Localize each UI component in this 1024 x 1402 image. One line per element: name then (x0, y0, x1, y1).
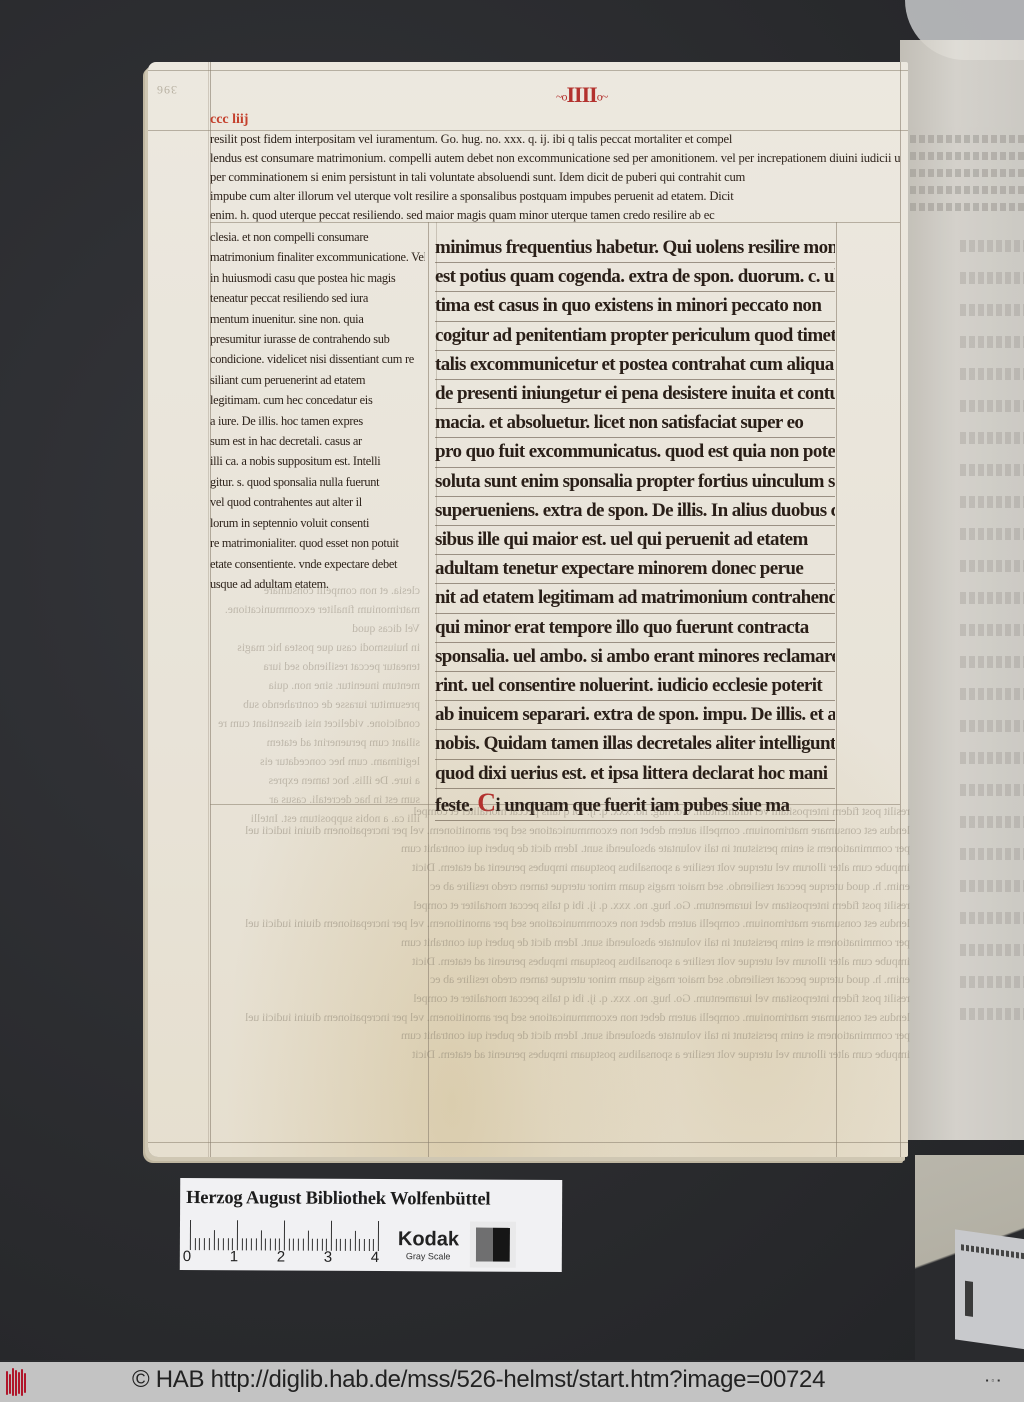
facing-text-line (910, 203, 1024, 211)
flourish-right: o~ (597, 89, 608, 103)
main-text-column: minimus frequentius habetur. Qui uolens … (435, 234, 835, 821)
facing-text-line (960, 240, 1024, 252)
running-head: ~oIIIIo~ (556, 82, 607, 108)
text-line: sum est in hac decretali. casus ar (210, 431, 425, 451)
text-line: in huiusmodi casu que postea hic magis (210, 268, 425, 288)
ruler-tick (354, 1231, 355, 1251)
text-line: teneatur peccat resiliendo sed iura (210, 288, 425, 308)
ruler-numbers: 0 1 2 3 4 (183, 1248, 393, 1267)
text-line: legitimam. cum hec concedatur eis (210, 390, 425, 410)
show-through-line: clesia. et non compelli consumare (210, 582, 420, 601)
show-through-line: per comminationem si enim persistunt in … (210, 933, 910, 952)
footer-bar: © HAB http://diglib.hab.de/mss/526-helms… (0, 1362, 1024, 1402)
manuscript-leaf: 396 ~oIIIIo~ ccc liij resilit post fidem… (148, 62, 908, 1157)
show-through-line: lendus est consumare matrimonium. compel… (210, 1008, 910, 1027)
text-line: qui minor erat tempore illo quo fuerunt … (435, 614, 835, 643)
text-line: a iure. De illis. hoc tamen expres (210, 411, 425, 431)
text-line: quod dixi uerius est. et ipsa littera de… (435, 760, 835, 789)
text-line: de presenti iniungetur ei pena desistere… (435, 380, 835, 409)
ruler-number: 1 (230, 1248, 238, 1265)
facing-text-line (960, 432, 1024, 444)
gray-scale-patch (476, 1228, 510, 1262)
facing-text-line (960, 368, 1024, 380)
show-through-line: enim. h. quod uterque peccat resiliendo.… (210, 970, 910, 989)
facing-text-line (960, 592, 1024, 604)
ruling-line (148, 70, 908, 71)
show-through-line: resilit post fidem interpositam vel iura… (210, 802, 910, 821)
show-through-text-left: clesia. et non compelli consumarematrimo… (210, 582, 420, 829)
institution-name: Herzog August Bibliothek Wolfenbüttel (186, 1188, 490, 1211)
facing-text-line (960, 304, 1024, 316)
facing-text-line (960, 400, 1024, 412)
ruling-line (208, 62, 209, 1157)
show-through-line: a iure. De illis. hoc tamen expres (210, 772, 420, 791)
color-target-card: Herzog August Bibliothek Wolfenbüttel 0 … (180, 1178, 562, 1272)
rubric-number: ccc liij (210, 112, 248, 128)
show-through-line: in huiusmodi casu que postea hic magis (210, 639, 420, 658)
text-line: pro quo fuit excommunicatus. quod est qu… (435, 438, 835, 467)
gloss-left-column: clesia. et non compelli consumarematrimo… (210, 227, 425, 594)
text-line: matrimonium finaliter excommunicatione. … (210, 247, 425, 267)
facing-text-line (910, 152, 1024, 160)
text-line: mentum inuenitur. sine non. quia (210, 309, 425, 329)
show-through-line: lendus est consumare matrimonium. compel… (210, 821, 910, 840)
show-through-line: per comminationem si enim persistunt in … (210, 1026, 910, 1045)
facing-text-line (960, 336, 1024, 348)
text-line: minimus frequentius habetur. Qui uolens … (435, 234, 835, 263)
text-line: siliant cum peruenerint ad etatem (210, 370, 425, 390)
facing-text-line (960, 784, 1024, 796)
show-through-line: resilit post fidem interpositam vel iura… (210, 989, 910, 1008)
facing-page (900, 40, 1024, 1140)
facing-text-line (960, 464, 1024, 476)
ruler-tick (284, 1221, 285, 1251)
ruler-tick (331, 1221, 332, 1251)
facing-text-line (960, 1008, 1024, 1020)
facing-text-line (960, 752, 1024, 764)
text-line: est potius quam cogenda. extra de spon. … (435, 263, 835, 292)
show-through-line: teneatur peccat resiliendo sed iura (210, 658, 420, 677)
ruler-tick (307, 1231, 308, 1251)
ruler-number: 4 (371, 1249, 379, 1266)
ruler-tick (213, 1230, 214, 1250)
facing-text-line (960, 976, 1024, 988)
show-through-text: resilit post fidem interpositam vel iura… (210, 802, 910, 1064)
kodak-logo: Kodak (398, 1228, 459, 1251)
show-through-line: impube cum alter illorum vel uterque vol… (210, 1045, 910, 1064)
show-through-line: per comminationem si enim persistunt in … (210, 839, 910, 858)
ruler-tick (378, 1221, 379, 1251)
viewer-options-icon[interactable]: ▪▫▪ (985, 1377, 1002, 1386)
text-line: condicione. videlicet nisi dissentiant c… (210, 349, 425, 369)
ruler-tick (237, 1220, 238, 1250)
show-through-line: mentum inuenitur. sine non. quia (210, 677, 420, 696)
facing-text-line (960, 528, 1024, 540)
facing-text-line (960, 656, 1024, 668)
secondary-label-card (955, 1229, 1024, 1350)
text-line: rint. uel consentire noluerint. iudicio … (435, 672, 835, 701)
text-line: superueniens. extra de spon. De illis. I… (435, 497, 835, 526)
ruling-line (148, 1142, 908, 1143)
text-line: nobis. Quidam tamen illas decretales ali… (435, 730, 835, 759)
copyright-url[interactable]: © HAB http://diglib.hab.de/mss/526-helms… (132, 1366, 825, 1394)
ruler-number: 3 (324, 1249, 332, 1266)
text-line: talis excommunicetur et postea contrahat… (435, 351, 835, 380)
facing-text-line (960, 720, 1024, 732)
show-through-line: matrimonium finaliter excommunicatione. … (210, 601, 420, 639)
text-line: nit ad etatem legitimam ad matrimonium c… (435, 584, 835, 613)
show-through-line: presumitur iurasse de contrahendo sub (210, 696, 420, 715)
text-line: lendus est consumare matrimonium. compel… (210, 149, 900, 168)
text-line: macia. et absoluetur. licet non satisfac… (435, 409, 835, 438)
text-line: vel quod contrahentes aut alter il (210, 492, 425, 512)
text-line: per comminationem si enim persistunt in … (210, 168, 900, 187)
text-line: illi ca. a nobis suppositum est. Intelli (210, 451, 425, 471)
text-line: sponsalia. uel ambo. si ambo erant minor… (435, 643, 835, 672)
hab-logo-icon[interactable] (6, 1368, 24, 1396)
pencil-folio-number: 396 (156, 82, 177, 97)
facing-text-line (960, 688, 1024, 700)
facing-text-line (910, 169, 1024, 177)
facing-text-line (960, 944, 1024, 956)
text-line: resilit post fidem interpositam vel iura… (210, 130, 900, 149)
text-line: etate consentiente. vnde expectare debet (210, 554, 425, 574)
show-through-line: siliant cum peruenerint ad etatem (210, 734, 420, 753)
show-through-line: enim. h. quod uterque peccat resiliendo.… (210, 877, 910, 896)
ruler-tick (190, 1220, 191, 1250)
image-viewer: 396 ~oIIIIo~ ccc liij resilit post fidem… (0, 0, 1024, 1360)
facing-text-line (960, 560, 1024, 572)
ruler-scale (190, 1220, 380, 1251)
show-through-line: lendus est consumare matrimonium. compel… (210, 914, 910, 933)
text-line: lorum in septennio voluit consenti (210, 513, 425, 533)
show-through-line: impube cum alter illorum vel uterque vol… (210, 858, 910, 877)
text-line: clesia. et non compelli consumare (210, 227, 425, 247)
text-line: adultam tenetur expectare minorem donec … (435, 555, 835, 584)
text-line: re matrimonialiter. quod esset non potui… (210, 533, 425, 553)
text-line: soluta sunt enim sponsalia propter forti… (435, 468, 835, 497)
show-through-line: condicione. videlicet nisi dissentiant c… (210, 715, 420, 734)
facing-text-line (960, 272, 1024, 284)
text-line: ab inuicem separari. extra de spon. impu… (435, 701, 835, 730)
show-through-line: legitimam. cum hec concedatur eis (210, 753, 420, 772)
text-line: sibus ille qui maior est. uel qui peruen… (435, 526, 835, 555)
flourish-left: ~o (556, 89, 567, 103)
facing-text-line (960, 880, 1024, 892)
text-line: impube cum alter illorum vel uterque vol… (210, 187, 900, 206)
text-line: gitur. s. quod sponsalia nulla fuerunt (210, 472, 425, 492)
text-line: enim. h. quod uterque peccat resiliendo.… (210, 206, 900, 225)
show-through-line: resilit post fidem interpositam vel iura… (210, 896, 910, 915)
running-head-numeral: IIII (567, 82, 597, 107)
facing-text-line (960, 816, 1024, 828)
text-line: cogitur ad penitentiam propter periculum… (435, 322, 835, 351)
facing-text-line (960, 848, 1024, 860)
gloss-top: resilit post fidem interpositam vel iura… (210, 130, 900, 225)
ruler-number: 2 (277, 1249, 285, 1266)
text-line: presumitur iurasse de contrahendo sub (210, 329, 425, 349)
show-through-line: impube cum alter illorum vel uterque vol… (210, 952, 910, 971)
facing-text-line (960, 496, 1024, 508)
facing-text-line (910, 135, 1024, 143)
facing-text-line (910, 186, 1024, 194)
text-line: tima est casus in quo existens in minori… (435, 292, 835, 321)
facing-text-line (960, 624, 1024, 636)
gray-scale-label: Gray Scale (406, 1251, 451, 1261)
facing-text-line (960, 912, 1024, 924)
ruler-number: 0 (183, 1248, 191, 1265)
